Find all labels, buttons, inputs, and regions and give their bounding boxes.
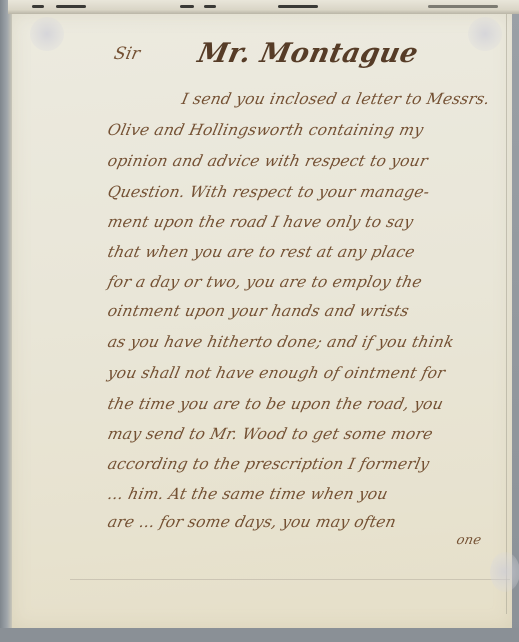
page-fold-line xyxy=(70,579,510,580)
binding-mark xyxy=(56,5,86,8)
letter-line: as you have hitherto done; and if you th… xyxy=(106,333,456,351)
library-stamp-icon xyxy=(468,17,502,51)
page-right-rule xyxy=(506,14,507,614)
letter-line: the time you are to be upon the road, yo… xyxy=(106,395,445,413)
page-top-binding-strip xyxy=(8,0,519,14)
letter-line: you shall not have enough of ointment fo… xyxy=(106,364,447,382)
letter-line: Olive and Hollingsworth containing my xyxy=(106,121,425,139)
letter-line: for a day or two, you are to employ the xyxy=(106,273,424,291)
binding-mark xyxy=(278,5,318,8)
addressee-heading: Mr. Montague xyxy=(195,38,421,69)
binding-mark xyxy=(428,5,498,8)
letter-line: ointment upon your hands and wrists xyxy=(106,302,411,320)
letter-line: that when you are to rest at any place xyxy=(106,243,417,261)
salutation: Sir xyxy=(112,44,142,64)
binding-mark xyxy=(180,5,194,8)
letter-line: I send you inclosed a letter to Messrs. xyxy=(180,90,492,108)
binding-mark xyxy=(204,5,216,8)
catchword: one xyxy=(455,533,483,548)
binding-mark xyxy=(32,5,44,8)
library-stamp-icon xyxy=(30,17,64,51)
letter-line: Question. With respect to your manage- xyxy=(106,183,431,201)
scan-bottom-edge xyxy=(0,628,519,642)
letter-line: are ... for some days, you may often xyxy=(106,513,398,531)
letter-line: ... him. At the same time when you xyxy=(106,485,390,503)
letter-line: opinion and advice with respect to your xyxy=(106,152,430,170)
scan-left-edge xyxy=(0,0,12,642)
letter-line: may send to Mr. Wood to get some more xyxy=(106,425,435,443)
library-stamp-icon xyxy=(490,552,519,592)
letter-line: according to the prescription I formerly xyxy=(106,455,431,473)
letter-line: ment upon the road I have only to say xyxy=(106,213,415,231)
